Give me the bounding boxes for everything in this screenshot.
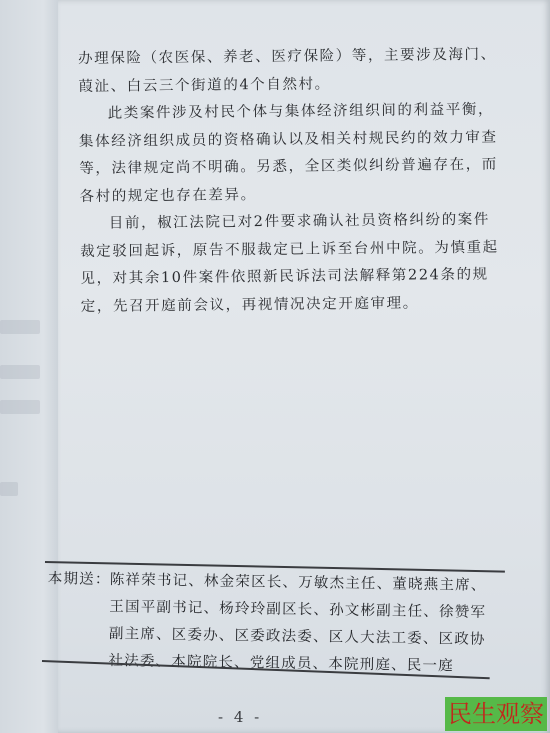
paragraph-2: 此类案件涉及村民个体与集体经济组织间的利益平衡，集体经济组织成员的资格确认以及相… <box>79 97 500 211</box>
watermark-badge: 民生观察 <box>445 697 547 731</box>
paragraph-3: 目前，椒江法院已对2件要求确认社员资格纠纷的案件裁定驳回起诉，原告不服裁定已上诉… <box>80 207 501 321</box>
document-body: 办理保险（农医保、养老、医疗保险）等，主要涉及海门、葭沚、白云三个街道的4个自然… <box>78 42 501 321</box>
distribution-label: 本期送： <box>48 566 111 594</box>
bleed-through-text <box>0 320 40 334</box>
paragraph-1: 办理保险（农医保、养老、医疗保险）等，主要涉及海门、葭沚、白云三个街道的4个自然… <box>78 42 499 101</box>
bleed-through-text <box>0 365 40 379</box>
bleed-through-text <box>0 482 18 496</box>
bleed-through-text <box>0 400 40 414</box>
page-number: - 4 - <box>218 708 262 726</box>
